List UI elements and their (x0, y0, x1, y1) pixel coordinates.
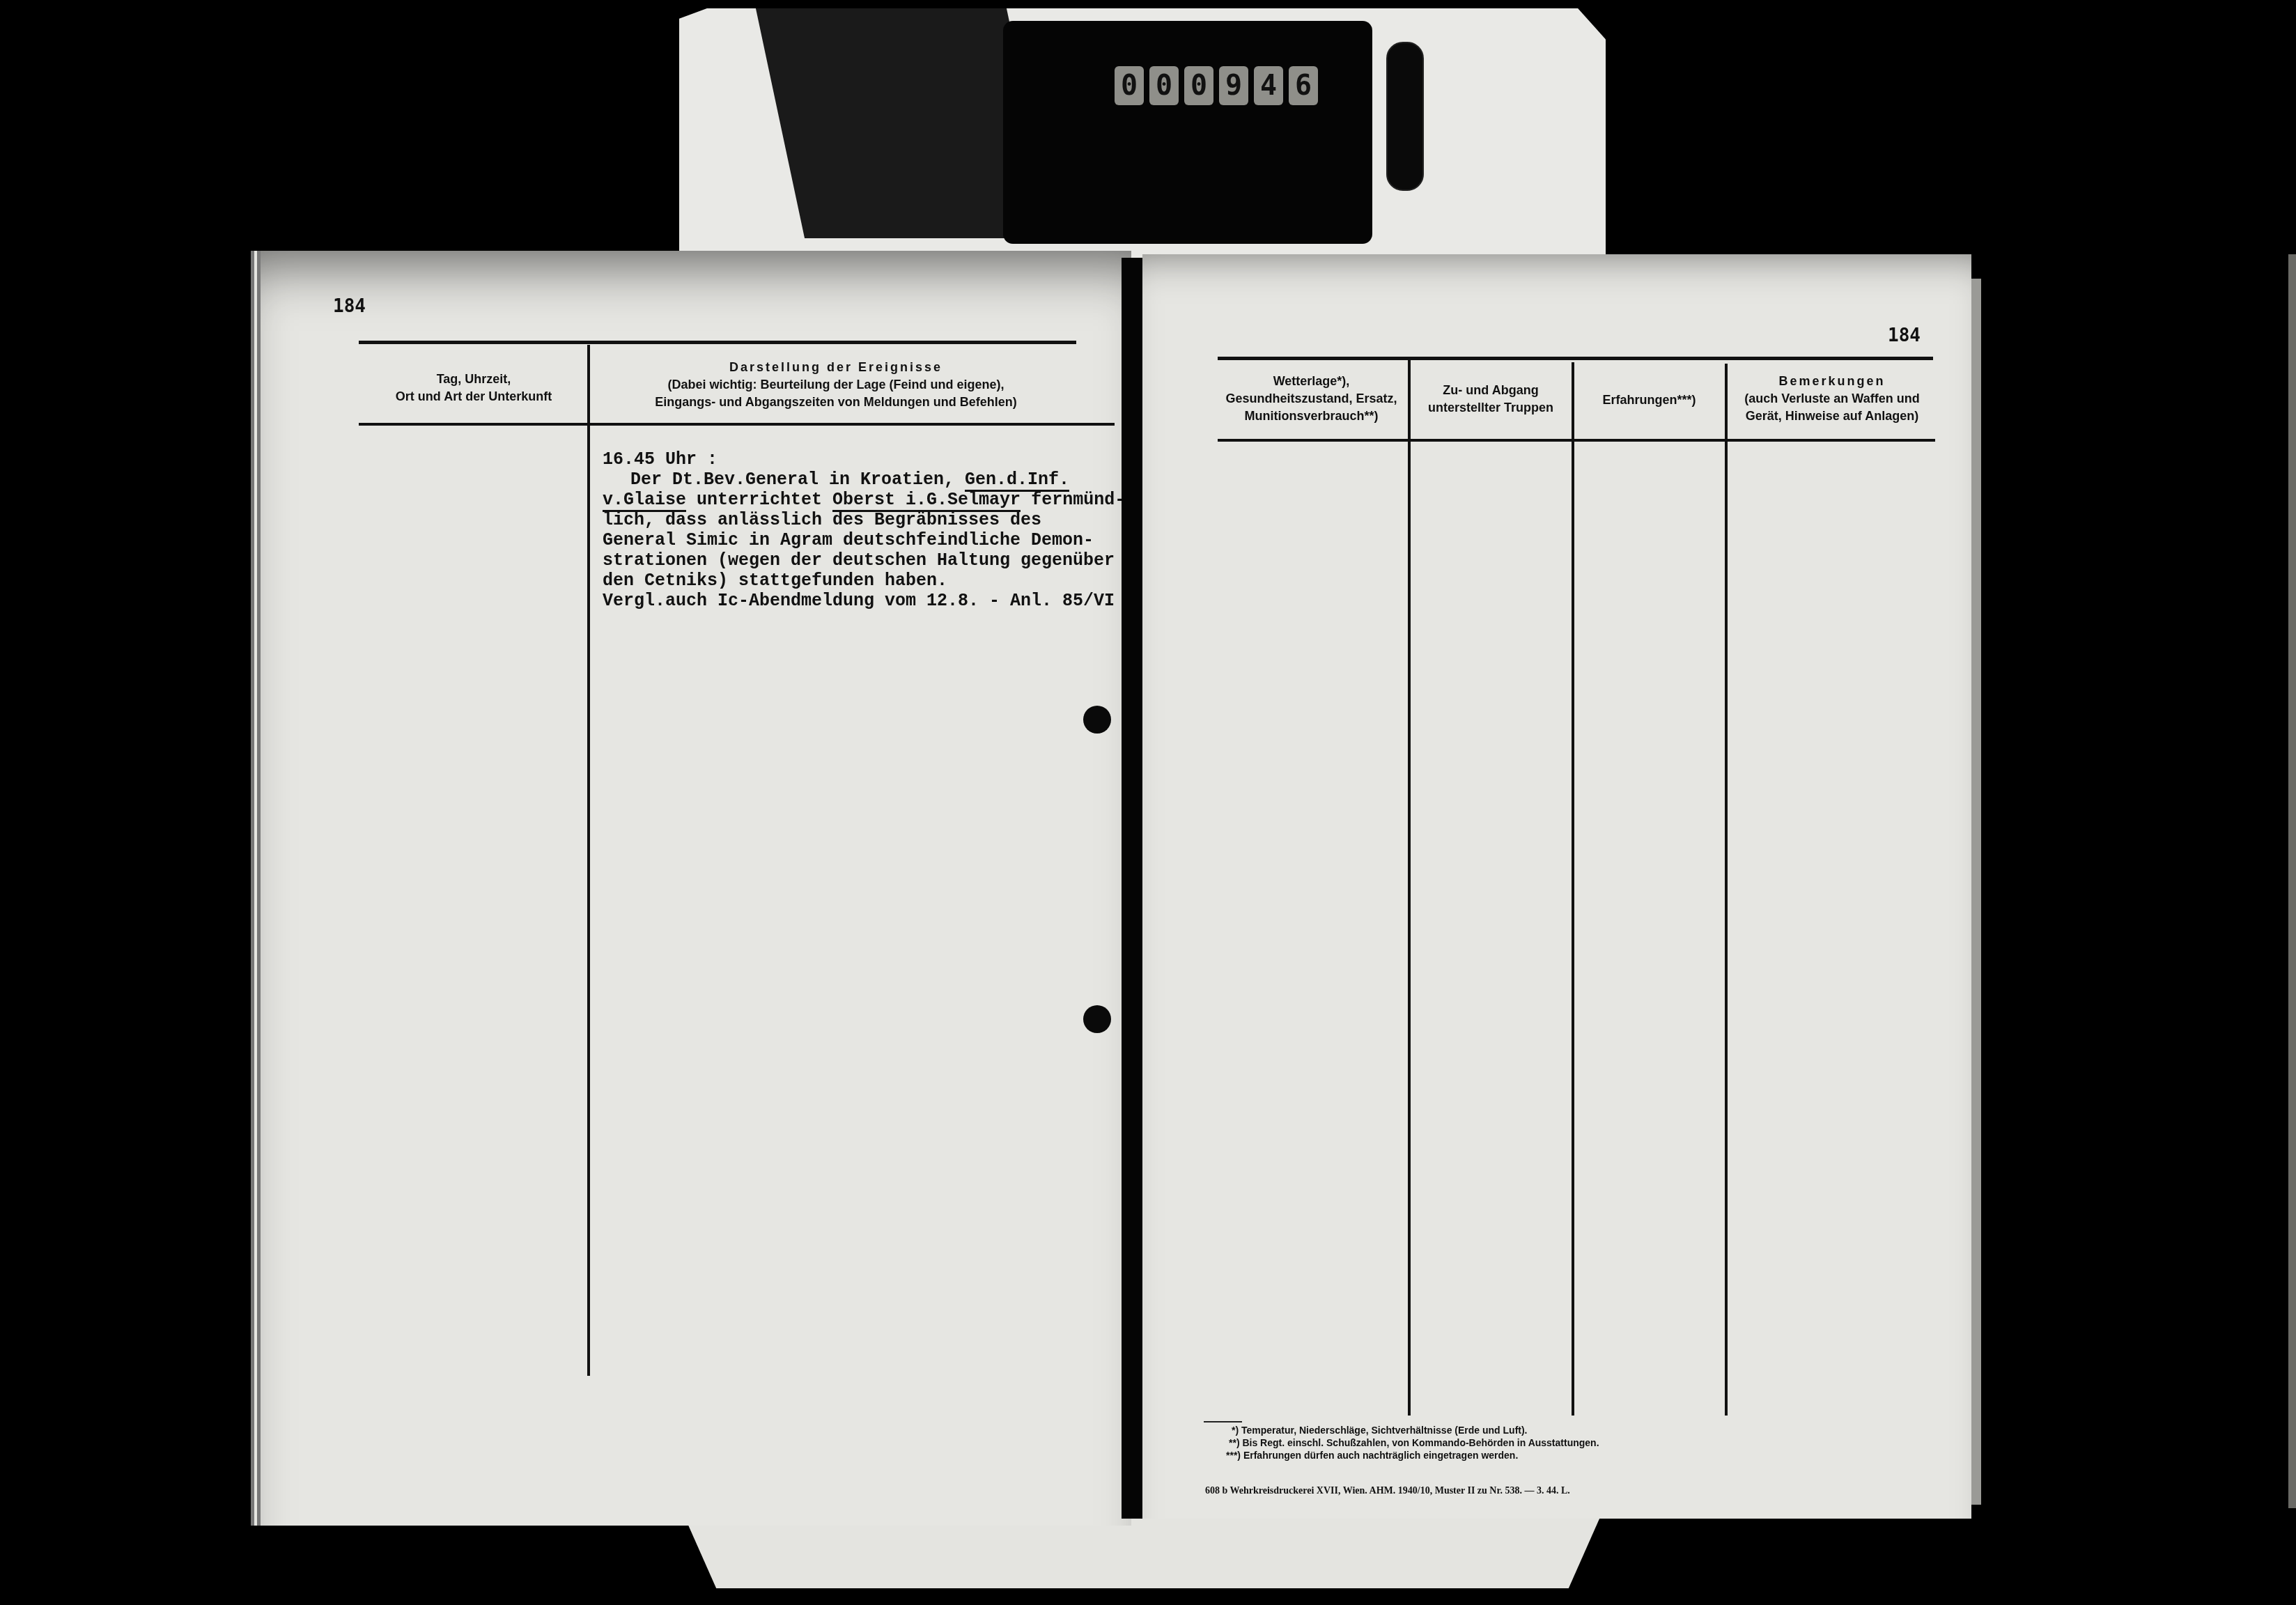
right-col4-header: Bemerkungen (auch Verluste an Waffen und… (1728, 373, 1937, 425)
header-line: Tag, Uhrzeit, (362, 371, 585, 388)
header-line: unterstellter Truppen (1411, 399, 1571, 417)
right-table-header-rule (1218, 439, 1935, 442)
entry-text: fernmünd- (1021, 490, 1125, 510)
header-line: Munitionsverbrauch**) (1216, 408, 1407, 425)
entry-time: 16.45 Uhr : (603, 449, 1153, 470)
counter-digit: 4 (1254, 66, 1283, 105)
header-line: Erfahrungen***) (1574, 391, 1724, 409)
left-page (251, 251, 1131, 1526)
counter-digit: 6 (1289, 66, 1318, 105)
left-table-column-divider (587, 345, 590, 1376)
entry-line: Der Dt.Bev.General in Kroatien, Gen.d.In… (603, 470, 1153, 490)
footnote-rule (1204, 1421, 1242, 1422)
left-page-number: 184 (333, 296, 366, 317)
entry-line: den Cetniks) stattgefunden haben. (603, 571, 1153, 591)
counter-knob-icon (1386, 42, 1424, 191)
counter-digit: 0 (1184, 66, 1213, 105)
left-col2-header: Darstellung der Ereignisse (Dabei wichti… (592, 359, 1080, 411)
header-title: Darstellung der Ereignisse (592, 359, 1080, 376)
footnote: **) Bis Regt. einschl. Schußzahlen, von … (1226, 1436, 1599, 1449)
entry-line: lich, dass anlässlich des Begräbnisses d… (603, 510, 1153, 530)
counter-digit: 9 (1219, 66, 1248, 105)
right-table-column-divider (1725, 364, 1728, 1416)
underlined-name: Oberst i.G.Selmayr (832, 490, 1021, 512)
footnotes: *) Temperatur, Niederschläge, Sichtverhä… (1226, 1424, 1599, 1461)
frame-counter-digits: 0 0 0 9 4 6 (1115, 66, 1318, 105)
right-page-number: 184 (1888, 325, 1921, 346)
entry-text: unterrichtet (686, 490, 832, 510)
right-col3-header: Erfahrungen***) (1574, 391, 1724, 409)
right-table-column-divider (1408, 360, 1411, 1416)
header-line: Gesundheitszustand, Ersatz, (1216, 390, 1407, 408)
right-table-column-divider (1572, 362, 1574, 1416)
header-line: Zu- und Abgang (1411, 382, 1571, 399)
right-col1-header: Wetterlage*), Gesundheitszustand, Ersatz… (1216, 373, 1407, 425)
left-table-header-rule (359, 423, 1115, 426)
underlined-name: v.Glaise (603, 490, 686, 512)
header-line: Wetterlage*), (1216, 373, 1407, 390)
right-col2-header: Zu- und Abgang unterstellter Truppen (1411, 382, 1571, 417)
adjacent-sheet-edge (2288, 254, 2296, 1508)
header-line: (Dabei wichtig: Beurteilung der Lage (Fe… (592, 376, 1080, 394)
entry-line: strationen (wegen der deutschen Haltung … (603, 550, 1153, 571)
footnote: *) Temperatur, Niederschläge, Sichtverhä… (1226, 1424, 1599, 1436)
entry-line: v.Glaise unterrichtet Oberst i.G.Selmayr… (603, 490, 1153, 510)
typed-entry: 16.45 Uhr : Der Dt.Bev.General in Kroati… (603, 449, 1153, 611)
header-line: (auch Verluste an Waffen und (1728, 390, 1937, 408)
underlined-rank: Gen.d.Inf. (965, 470, 1069, 492)
header-line: Ort und Art der Unterkunft (362, 388, 585, 405)
frame-counter-device (1003, 21, 1372, 244)
punch-hole-icon (1083, 1005, 1111, 1033)
entry-line: Vergl.auch Ic-Abendmeldung vom 12.8. - A… (603, 591, 1153, 611)
header-line: Gerät, Hinweise auf Anlagen) (1728, 408, 1937, 425)
header-title: Bemerkungen (1728, 373, 1937, 390)
punch-hole-icon (1083, 706, 1111, 734)
right-page (1142, 254, 1971, 1519)
printer-imprint: 608 b Wehrkreisdruckerei XVII, Wien. AHM… (1205, 1486, 1570, 1497)
right-page-edge (1971, 279, 1981, 1505)
footnote: ***) Erfahrungen dürfen auch nachträglic… (1226, 1449, 1599, 1461)
book-gutter (1122, 258, 1142, 1519)
entry-text: Der Dt.Bev.General in Kroatien, (630, 470, 965, 490)
header-line: Eingangs- und Abgangszeiten von Meldunge… (592, 394, 1080, 411)
right-table-top-rule (1218, 357, 1933, 360)
entry-line: General Simic in Agram deutschfeindliche… (603, 530, 1153, 550)
counter-digit: 0 (1115, 66, 1144, 105)
counter-digit: 0 (1149, 66, 1179, 105)
left-col1-header: Tag, Uhrzeit, Ort und Art der Unterkunft (362, 371, 585, 405)
left-table-top-rule (359, 341, 1076, 344)
